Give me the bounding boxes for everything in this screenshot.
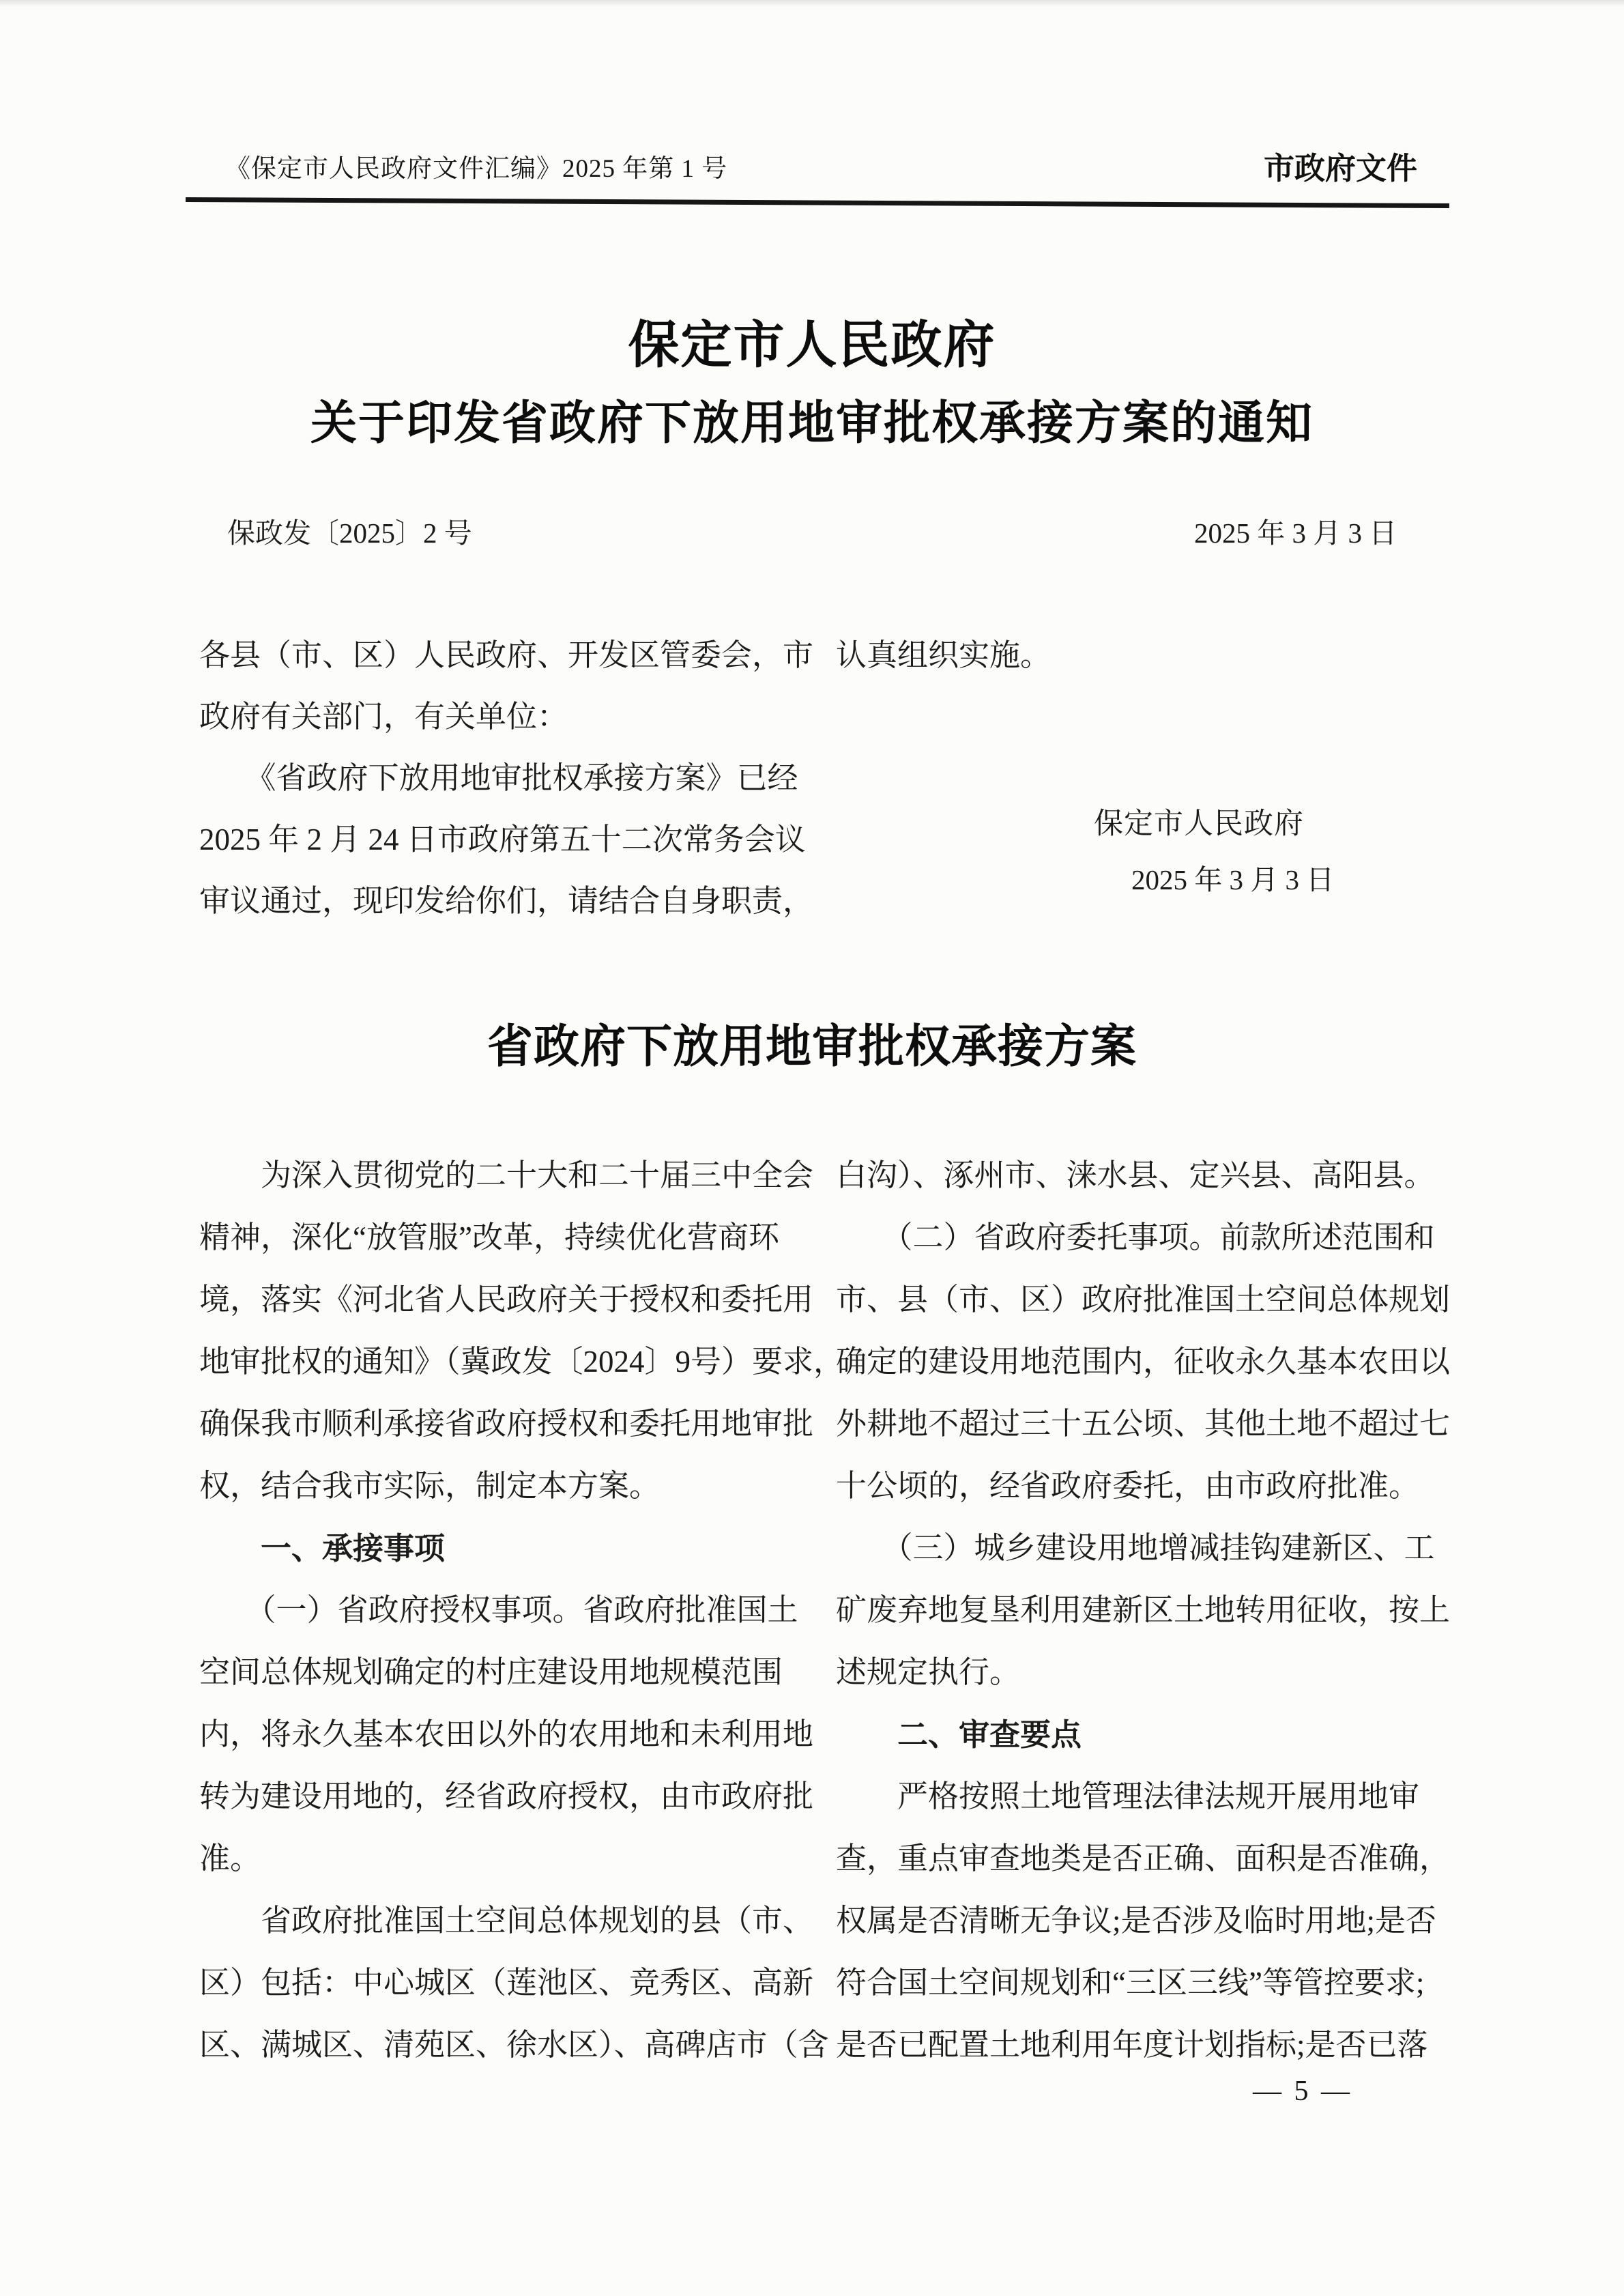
header-publication-title: 《保定市人民政府文件汇编》2025 年第 1 号 [225,147,727,184]
body-text-line: 权，结合我市实际，制定本方案。 [199,1455,817,1517]
body-text-line: 查，重点审查地类是否正确、面积是否准确， [836,1828,1453,1890]
signature-date: 2025 年 3 月 3 日 [1131,857,1334,898]
notice-text-line: 政府有关部门，有关单位： [199,686,817,747]
body-text-line: 空间总体规划确定的村庄建设用地规模范围 [199,1641,817,1704]
body-text-line: 地审批权的通知》（冀政发〔2024〕9号）要求， [199,1331,817,1393]
plan-left-column: 为深入贯彻党的二十大和二十届三中全会精神，深化“放管服”改革，持续优化营商环境，… [199,1145,817,2076]
body-text-line: 十公顷的，经省政府委托，由市政府批准。 [836,1455,1453,1517]
body-text-line: 为深入贯彻党的二十大和二十届三中全会 [199,1145,817,1207]
signature-issuer: 保定市人民政府 [1094,801,1304,842]
page-number: — 5 — [1253,2075,1352,2108]
doc-title-line-2: 关于印发省政府下放用地审批权承接方案的通知 [0,386,1624,453]
body-text-line: 精神，深化“放管服”改革，持续优化营商环 [199,1207,817,1269]
body-text-line: 市、县（市、区）政府批准国土空间总体规划 [836,1269,1453,1331]
body-text-line: 述规定执行。 [836,1641,1453,1704]
body-text-line: 权属是否清晰无争议;是否涉及临时用地;是否 [836,1890,1453,1952]
plan-right-column: 白沟）、涿州市、涞水县、定兴县、高阳县。 （二）省政府委托事项。前款所述范围和市… [836,1145,1453,2076]
body-text-line: 外耕地不超过三十五公顷、其他土地不超过七 [836,1393,1453,1455]
notice-text-line: 2025 年 2 月 24 日市政府第五十二次常务会议 [199,809,817,870]
body-text-line: 内，将永久基本农田以外的农用地和未利用地 [199,1704,817,1766]
body-text-line: 是否已配置土地利用年度计划指标;是否已落 [836,2014,1453,2076]
body-text-line: 确定的建设用地范围内，征收永久基本农田以 [836,1331,1453,1393]
notice-right-column: 认真组织实施。 [836,625,1453,686]
notice-text-line: 认真组织实施。 [836,625,1453,686]
body-text-line: 区、满城区、清苑区、徐水区）、高碑店市（含 [199,2014,817,2076]
doc-number: 保政发〔2025〕2 号 [227,511,472,551]
notice-left-column: 各县（市、区）人民政府、开发区管委会，市政府有关部门，有关单位： 《省政府下放用… [199,625,817,932]
doc-issue-date: 2025 年 3 月 3 日 [1194,511,1397,551]
body-text-line: （一）省政府授权事项。省政府批准国土 [199,1579,817,1641]
header-rule [186,197,1449,208]
notice-text-line: 《省政府下放用地审批权承接方案》已经 [199,747,817,809]
body-text-line: 一、承接事项 [199,1517,817,1579]
body-text-line: 矿废弃地复垦利用建新区土地转用征收，按上 [836,1579,1453,1641]
body-text-line: 区）包括：中心城区（莲池区、竞秀区、高新 [199,1952,817,2014]
body-text-line: 转为建设用地的，经省政府授权，由市政府批 [199,1766,817,1828]
body-text-line: 确保我市顺利承接省政府授权和委托用地审批 [199,1393,817,1455]
body-text-line: （三）城乡建设用地增减挂钩建新区、工 [836,1517,1453,1579]
scan-edge-shadow [0,0,1624,7]
plan-title: 省政府下放用地审批权承接方案 [0,1010,1624,1076]
notice-text-line: 审议通过，现印发给你们，请结合自身职责， [199,870,817,932]
doc-title-line-1: 保定市人民政府 [0,304,1624,377]
document-page: 《保定市人民政府文件汇编》2025 年第 1 号 市政府文件 保定市人民政府 关… [0,0,1624,2296]
body-text-line: 符合国土空间规划和“三区三线”等管控要求; [836,1952,1453,2014]
notice-text-line: 各县（市、区）人民政府、开发区管委会，市 [199,625,817,686]
header-doc-type-label: 市政府文件 [1264,143,1417,188]
body-text-line: 准。 [199,1828,817,1890]
body-text-line: 二、审查要点 [836,1704,1453,1766]
body-text-line: 严格按照土地管理法律法规开展用地审 [836,1766,1453,1828]
body-text-line: （二）省政府委托事项。前款所述范围和 [836,1207,1453,1269]
body-text-line: 省政府批准国土空间总体规划的县（市、 [199,1890,817,1952]
body-text-line: 白沟）、涿州市、涞水县、定兴县、高阳县。 [836,1145,1453,1207]
body-text-line: 境，落实《河北省人民政府关于授权和委托用 [199,1269,817,1331]
